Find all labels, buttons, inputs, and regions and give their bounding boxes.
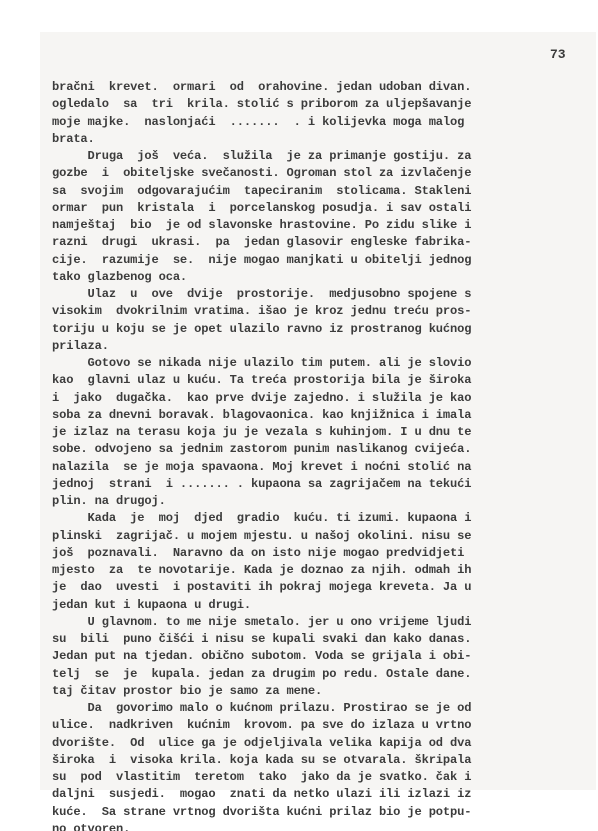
text-line: Jedan put na tjedan. obično subotom. Vod…: [52, 648, 542, 665]
text-line: Ulaz u ove dvije prostorije. medjusobno …: [52, 286, 542, 303]
text-line: taj čitav prostor bio je samo za mene.: [52, 683, 542, 700]
text-line: mjesto za te novotarije. Kada je doznao …: [52, 562, 542, 579]
text-line: je izlaz na terasu koja ju je vezala s k…: [52, 424, 542, 441]
text-line: široka i visoka krila. koja kada su se o…: [52, 752, 542, 769]
scanned-page: 73 bračni krevet. ormari od orahovine. j…: [40, 32, 596, 790]
text-line: su bili puno čišći i nisu se kupali svak…: [52, 631, 542, 648]
text-line: su pod vlastitim teretom tako jako da je…: [52, 769, 542, 786]
text-line: prilaza.: [52, 338, 542, 355]
text-line: Druga još veća. služila je za primanje g…: [52, 148, 542, 165]
text-line: U glavnom. to me nije smetalo. jer u ono…: [52, 614, 542, 631]
text-line: sa svojim odgovarajućim tapeciranim stol…: [52, 183, 542, 200]
body-text: bračni krevet. ormari od orahovine. jeda…: [52, 79, 542, 831]
text-line: toriju u koju se je opet ulazilo ravno i…: [52, 321, 542, 338]
text-line: Gotovo se nikada nije ulazilo tim putem.…: [52, 355, 542, 372]
text-line: brata.: [52, 131, 542, 148]
text-line: Kada je moj djed gradio kuću. ti izumi. …: [52, 510, 542, 527]
text-line: razni drugi ukrasi. pa jedan glasovir en…: [52, 234, 542, 251]
text-line: visokim dvokrilnim vratima. išao je kroz…: [52, 303, 542, 320]
page-number: 73: [550, 47, 566, 62]
text-line: kuće. Sa strane vrtnog dvorišta kućni pr…: [52, 804, 542, 821]
text-line: kao glavni ulaz u kuću. Ta treća prostor…: [52, 372, 542, 389]
text-line: namještaj bio je od slavonske hrastovine…: [52, 217, 542, 234]
text-line: ulice. nadkriven kućnim krovom. pa sve d…: [52, 717, 542, 734]
text-line: jedan kut i kupaona u drugi.: [52, 597, 542, 614]
text-line: no otvoren.: [52, 821, 542, 831]
text-line: je dao uvesti i postaviti ih pokraj moje…: [52, 579, 542, 596]
text-line: moje majke. naslonjaći ....... . i kolij…: [52, 114, 542, 131]
text-line: soba za dnevni boravak. blagovaonica. ka…: [52, 407, 542, 424]
text-line: plinski zagrijač. u mojem mjestu. u našo…: [52, 528, 542, 545]
text-line: daljni susjedi. mogao znati da netko ula…: [52, 786, 542, 803]
text-line: telj se je kupala. jedan za drugim po re…: [52, 666, 542, 683]
text-line: ogledalo sa tri krila. stolić s priborom…: [52, 96, 542, 113]
text-line: cije. razumije se. nije mogao manjkati u…: [52, 252, 542, 269]
text-line: jednoj strani i ....... . kupaona sa zag…: [52, 476, 542, 493]
text-line: Da govorimo malo o kućnom prilazu. Prost…: [52, 700, 542, 717]
text-line: i jako dugačka. kao prve dvije zajedno. …: [52, 390, 542, 407]
text-line: dvorište. Od ulice ga je odjeljivala vel…: [52, 735, 542, 752]
text-line: još poznavali. Naravno da on isto nije m…: [52, 545, 542, 562]
text-line: ormar pun kristala i porcelanskog posudj…: [52, 200, 542, 217]
text-line: nalazila se je moja spavaona. Moj krevet…: [52, 459, 542, 476]
text-line: sobe. odvojeno sa jednim zastorom punim …: [52, 441, 542, 458]
text-line: gozbe i obiteljske svečanosti. Ogroman s…: [52, 165, 542, 182]
text-line: plin. na drugoj.: [52, 493, 542, 510]
text-line: bračni krevet. ormari od orahovine. jeda…: [52, 79, 542, 96]
text-line: tako glazbenog oca.: [52, 269, 542, 286]
